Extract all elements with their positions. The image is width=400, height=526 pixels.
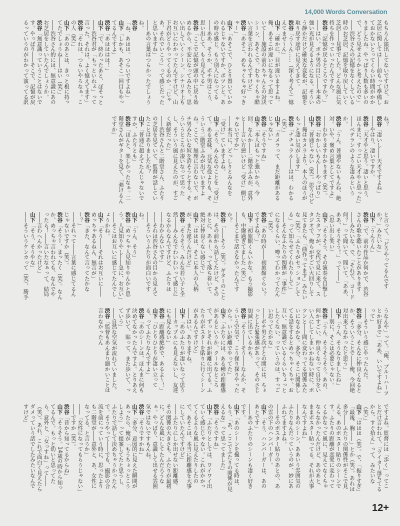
speaker-name: 渋谷 — [261, 212, 267, 223]
dialogue-text: 「うん。そうそうそう。あの、何かすごい、仲良くなって自分をいい人にしてしまいかね… — [267, 308, 327, 393]
dialogue-line: 山下「うんうん」 — [369, 212, 376, 301]
dialogue-line: 山下「あそこで、ひとり置いていかれるじゃないですか、ポツンと。あの時の感じ。もう… — [199, 20, 233, 109]
series-title: 14,000 Words Conversation — [304, 8, 387, 16]
dialogue-text: 「そうですね」 — [261, 127, 267, 164]
dialogue-line: 渋谷「めっちゃ人見知りやんかと思う。人見知りやし――急に、お互い」 — [117, 212, 131, 301]
dialogue-text: ――「女性になってもらうじゃない」――ですか（笑）。 — [70, 404, 83, 491]
dialogue-text: ――そういうケンカって（笑）、勝手なイメージだけども――言葉の論理も、凄いですよ… — [22, 212, 29, 299]
speaker-name: 山下 — [132, 404, 138, 415]
dialogue-text: 「それは、つらいやろなぁ。この人（笑）」 — [70, 20, 83, 105]
dialogue-line: 山下「そう、そうやな」 — [29, 212, 36, 301]
speaker-name: 山下 — [261, 404, 267, 415]
dialogue-line: ――やはり、凄いですか。 — [369, 116, 376, 205]
speaker-name: 渋谷 — [179, 212, 185, 223]
dialogue-line: 山下「しかも、あそこ一回目もやってるんですよ」 — [110, 20, 124, 109]
dialogue-line: 山下「ははは（笑）。で、「振りすぎ」「最後、胸――」とか（笑）。あれは多分――ふ… — [301, 404, 362, 493]
dialogue-line: ――あの言葉はつらかったでしょうね。 — [138, 20, 152, 109]
dialogue-text: ――ポチ男と次子との間には、ちょっとした緊張感があって。そのさじ加減に出ているか… — [247, 308, 267, 393]
speaker-name: 山下 — [118, 20, 124, 31]
dialogue-line: ――本当に、どっしりとみんなを「受け」ていますよね。 — [219, 116, 233, 205]
text-tier-3: と言って、「どうやってるんですか？」みたいな」 山下「うんうん」 渋谷「で、前の… — [22, 212, 389, 301]
speaker-name: 渋谷 — [335, 116, 341, 127]
dialogue-line: ――そこはお互いに感じてたんでしょうかね。 — [104, 212, 118, 301]
dialogue-text: 「あのふたりが凄いなって思う――カップルにも見えないし、友達にも見えない」 — [166, 308, 186, 393]
speaker-name: 渋谷 — [125, 116, 131, 127]
dialogue-line: 山下「そう、みんなのことを「受け」て。ある意味、元気な役よりも、そういう二階堂ふ… — [165, 116, 219, 205]
dialogue-text: ――渋谷さんと二階堂さん、ふたりの芝居を見ていて、監督が話していたことはありまし… — [145, 116, 165, 201]
dialogue-text: 「あそこで、ひとり置いていかれるじゃないですか、ポツンと。あの時の感じ。もう別人… — [199, 20, 232, 105]
dialogue-line: 山下「あのふたりが凄いなって思う――カップルにも見えないし、友達にも見えない」 — [165, 308, 185, 397]
dialogue-line: ――渋谷さんと二階堂さん、ふたりの芝居を見ていて、監督が話していたことはありまし… — [144, 116, 164, 205]
dialogue-line: 山下「ひとりひとりが凄い立ってる、ってふたりなんですよ」 — [144, 308, 158, 397]
speaker-name: 渋谷 — [322, 308, 328, 319]
dialogue-text: ――自然な空気が流れていました。 — [111, 308, 117, 393]
dialogue-text: ――そんなふたりの関係が「事件」になるくらい、噂ってわかってたんで（笑）。 — [267, 212, 287, 297]
dialogue-text: 「普通に超えてたんじゃないですか、ふたりとも」 — [132, 116, 145, 201]
dialogue-text: 「そうそう、その演奏を目撃したスタッフが、交代で見に来て、スタジオで、俺らがすご… — [288, 212, 328, 299]
dialogue-line: 渋谷「――そう（笑）。ギターのことは、その前から話してたけど、そのあとに、あぁ～… — [199, 212, 226, 301]
dialogue-text: 「うんうん」 — [369, 223, 375, 255]
dialogue-line: ――はい、ありますね。 — [185, 308, 192, 397]
dialogue-text: 「無意識っていうことはないです。やっぱり――そこで、記憶が戻るっていうのがわかっ… — [22, 20, 42, 105]
dialogue-line: 渋谷「そうそう、みんな若い子と全然――みんなでわいわいって感じになるからなんです… — [158, 212, 185, 301]
speaker-name: 山下 — [369, 212, 375, 223]
dialogue-text: 「凄いし――天才ですよね」 — [376, 127, 382, 196]
dialogue-line: 渋谷「無意識っていうことはないです。やっぱり――そこで、記憶が戻るっていうのがわ… — [22, 20, 42, 109]
dialogue-line: 渋谷「う～ん……（深く考えて）憶えてませ～ん」 — [280, 20, 294, 109]
dialogue-line: 渋谷「あのシーンは、ほんまに何も決めてなかったんですよ。とりあえず歩いて、貼って… — [117, 308, 144, 397]
dialogue-line: ――自然な空気が流れていました。 — [110, 308, 117, 397]
dialogue-text: ――やはり、凄いですか。 — [369, 116, 375, 180]
speaker-name: 渋谷 — [363, 116, 369, 127]
speaker-name: 渋谷 — [213, 404, 219, 415]
speaker-name: 渋谷 — [288, 20, 294, 31]
speaker-name: 渋谷 — [125, 212, 131, 223]
dialogue-text: 「う～ん……（深く考えて）憶えてませ～ん」 — [281, 20, 294, 105]
dialogue-line: 渋谷「記憶が戻るところですか？」 — [321, 20, 328, 109]
dialogue-text: 「そう、そうやな」 — [30, 223, 36, 271]
speaker-name: 山下 — [220, 308, 226, 319]
dialogue-text: ――はい。ポチ男の目に――本来の強い光が見えるようになる。そういう静かだけど確実… — [295, 20, 321, 105]
dialogue-text: ――あのふたりのシーンも凄く好きです。 — [240, 404, 253, 489]
dialogue-line: ――あのふたりのシーンも凄く好きです。 — [239, 404, 253, 493]
dialogue-text: 「本人はもっと強いから。今回、なんか――二階堂ふみが、意外と――言い方悪いけど「… — [233, 116, 259, 201]
dialogue-line: 渋谷「そうですね」 — [260, 116, 267, 205]
dialogue-line: ――渋谷さんの記憶をなくしている時のお芝居、記憶を取り戻していく芝居――見事でし… — [328, 20, 355, 109]
dialogue-line: ――「女性になってもらうじゃない」――ですか（笑）。 — [70, 404, 84, 493]
speaker-name: 渋谷 — [132, 20, 138, 31]
dialogue-line: 山下「あのあとは、きっと根に持ってたでしょうね――はい（笑）」 — [56, 20, 70, 109]
dialogue-text: 「そうそう、みんな若い子と全然――みんなでわいわいって感じになるからなんですけど… — [159, 212, 185, 297]
dialogue-text: 「ね、あはは。つらいですよね」 — [125, 20, 131, 100]
dialogue-text: （思い出し笑い） — [329, 212, 335, 254]
speaker-name: 山下 — [206, 404, 212, 415]
dialogue-line: と言って、「どうやってるんですか？」みたいな」 — [375, 212, 389, 301]
dialogue-text: 「昔から知ってるからね」 — [64, 415, 70, 479]
dialogue-text: 「めっちゃ人見知りやんかと思う。人見知りやし――急に、お互い」 — [118, 212, 131, 301]
dialogue-text: ――はい、ありますね。 — [186, 308, 192, 366]
speaker-name: 渋谷 — [138, 308, 144, 319]
dialogue-line: 山下「そう――それはお互いに――めっちゃあるねん、無言が」 — [90, 212, 104, 301]
speaker-name: 渋谷 — [104, 308, 110, 319]
dialogue-text: 「ふたりとしては、ワイワイ出ていく感じじゃない。これがかかってくるような風に見え… — [179, 404, 212, 489]
speaker-name: 渋谷 — [356, 308, 362, 319]
dialogue-text: 「記憶が戻るところですか？」 — [322, 31, 328, 105]
dialogue-text: 「うん、そうなりましたね」 — [335, 319, 341, 388]
dialogue-line: 渋谷「きた、なんて言ってたかなー？」 — [76, 212, 90, 301]
dialogue-text: ――それは渋谷さんの目から見えて――そういうふたりが面白いですね。 — [138, 212, 158, 297]
dialogue-line: 山下「うん、そうなりましたね」 — [335, 308, 342, 397]
dialogue-text: 「ナチュラル――はは、わかる（笑）」 — [281, 116, 294, 201]
speaker-name: 渋谷 — [322, 20, 328, 31]
dialogue-line: ――それって――言葉に感じてるんじゃないですか（笑）。 — [63, 212, 77, 301]
dialogue-text: 「で、前の作品か何かで、渋谷さんの歌を聴いたことがあります――みたいな。で、「そ… — [335, 212, 368, 299]
dialogue-text: ――そういう感じやったんだ。 — [363, 308, 369, 382]
dialogue-line: 渋谷「ここで記憶が頭の中に戻り始めるから、不安になってみたり、思い出していくシー… — [151, 20, 199, 109]
dialogue-line: 渋谷「そうですね」 — [212, 404, 219, 493]
dialogue-text: 「多分、そんなに仲良くなるとか、そういうことで――俺、今回絶対出来てなかったと思… — [342, 308, 362, 393]
dialogue-line: 渋谷「あそこ、めちゃくちゃ好っきゃー」 — [233, 20, 247, 109]
speaker-name: 渋谷 — [138, 404, 144, 415]
dialogue-line: 渋谷「そうー、まったく（笑）。なんか、めっちゃ言われても、なんでやったら！――言… — [36, 212, 63, 301]
dialogue-text: 「あそこ、めちゃくちゃ好っきゃー」 — [233, 20, 246, 105]
dialogue-line: ――ベテランのような凄みというか。 — [341, 116, 355, 205]
dialogue-text: ――それって――言葉に感じてるんじゃないですか（笑）。 — [64, 212, 77, 297]
dialogue-text: 「そう――それはお互いに――めっちゃあるねん、無言が」 — [91, 212, 104, 297]
speaker-name: 渋谷 — [363, 212, 369, 223]
speaker-name: 渋谷 — [240, 308, 246, 319]
speaker-name: 渋谷 — [104, 20, 110, 31]
dialogue-line: 山下「初旅館くらいかな。もう撮影も、中盤過ぎてました（笑）」 — [239, 212, 253, 301]
dialogue-text: 「そうですね」 — [213, 415, 219, 452]
dialogue-line: 山下「普通に超えてたんじゃないですか、ふたりとも」 — [131, 116, 145, 205]
dialogue-line: もちろん演出してないですけど、お芝居に関しては――前もって準備しておかないとって… — [355, 20, 389, 109]
speaker-name: 渋谷 — [261, 116, 267, 127]
dialogue-line: 渋谷「で、前の作品か何かで、渋谷さんの歌を聴いたことがあります――みたいな。で、… — [335, 212, 369, 301]
speaker-name: 渋谷 — [288, 116, 294, 127]
dialogue-text: 「あのシーンを撮ってる時は、もう、「あ、ここでふたりの関係が見えるな」って思って… — [220, 404, 240, 491]
dialogue-line: 山下「ふたりとしては、ワイワイ出ていく感じじゃない。これがかかってくるような風に… — [178, 404, 212, 493]
dialogue-line: 山下「本人はもっと強いから。今回、なんか――二階堂ふみが、意外と――言い方悪いけ… — [233, 116, 260, 205]
text-tier-2: ね？ 渋谷「凄いし――天才ですよね」 ――やはり、凄いですか。 渋谷「天才やと思… — [22, 116, 389, 205]
dialogue-text: ――ベテランのような凄みというか。 — [342, 116, 355, 196]
dialogue-text: ね？ — [383, 116, 389, 127]
dialogue-text: 「距離感絶妙で、あるよ～！」 — [159, 319, 165, 393]
speaker-name: 山下 — [274, 116, 280, 127]
dialogue-text: 「カメラって、まだ距離があるじゃない」 — [267, 116, 280, 201]
speaker-name: 山下 — [30, 212, 36, 223]
dialogue-text: 「普通じゃない（笑）。思うけど――俺はカメラより、本人のほうがもっと凄い気がしま… — [295, 116, 315, 203]
dialogue-text: と言って、「どうやってるんですか？」みたいな」 — [376, 212, 389, 289]
dialogue-text: 「あの時が――初旅館ぐらい？ ですよね？」 — [254, 212, 267, 297]
dialogue-text: 「多分、意図的に見えた瞬間があったら、俺が「もうちょっとこうしよう」って提案して… — [84, 404, 138, 489]
dialogue-line: 渋谷「あの時が――初旅館ぐらい？ ですよね？」 — [253, 212, 267, 301]
dialogue-line: 渋谷「うん。そうそうそう。あの、何かすごい、仲良くなって自分をいい人にしてしまい… — [267, 308, 328, 397]
dialogue-text: 「ははは、そこに本人の人柄が、また違うんだけど」 — [186, 212, 199, 292]
speaker-name: 渋谷 — [315, 116, 321, 127]
dialogue-line: ――渋谷さん的には、無意識にあのお芝居をしていたんでしょうか。 — [42, 20, 56, 109]
speaker-name: 山下 — [233, 404, 239, 415]
dialogue-line: 渋谷「ほんと、楽しかったなぁ。二階堂さんがギターを見て、「弾けるんですか」 — [110, 116, 130, 205]
dialogue-text: 「あのあとは、きっと根に持ってたでしょうね――はい（笑）」 — [57, 20, 70, 105]
dialogue-text: 「そう、みんなのことを「受け」て。ある意味、元気な役よりも、そういう二階堂ふみが… — [166, 116, 220, 203]
speaker-name: 山下 — [274, 20, 280, 31]
dialogue-text: 「ここで記憶が頭の中に戻り始めるから、不安になってみたり、思い出していくシーン、… — [152, 20, 199, 105]
speaker-name: 渋谷 — [159, 308, 165, 319]
speaker-name: 山下 — [138, 116, 144, 127]
dialogue-text: ――そこまで話さなかったんですか？ — [227, 212, 240, 292]
dialogue-text: もちろん演出してないですけど、お芝居に関しては――前もって準備しておかないとって… — [356, 20, 389, 105]
dialogue-line: ――ポチ男と次子との間には、ちょっとした緊張感があって。そのさじ加減に出ているか… — [246, 308, 266, 397]
dialogue-text: 「監督もあんまり細かいことは言わなかったん — [98, 308, 111, 393]
dialogue-text: 「あのシーンは、ほんまに何も決めてなかったんですよ。とりあえず歩いて、貼って、ま… — [118, 308, 144, 393]
dialogue-line: ――はい。ポチ男の目に――本来の強い光が見えるようになる。そういう静かだけど確実… — [294, 20, 321, 109]
dialogue-line: 渋谷「監督もあんまり細かいことは言わなかったん — [97, 308, 111, 397]
dialogue-line: 渋谷「ね、あはは。つらいですよね」 — [124, 20, 138, 109]
text-tier-4: うなんや」って。「俺、ブルーハーツとか好きで」「ああ、いいですよね」って」 ――… — [22, 308, 389, 397]
dialogue-line: 山下「そうそう、その演奏を目撃したスタッフが、交代で見に来て、スタジオで、俺らが… — [287, 212, 328, 301]
dialogue-line: ――そういうケンカって（笑）、勝手なイメージだけども――言葉の論理も、凄いですよ… — [22, 212, 29, 301]
dialogue-line: 山下「そう、ハンバーガーは、あのあとです」 — [253, 404, 267, 493]
dialogue-line: 渋谷「距離感絶妙で、あるよ～！」 — [158, 308, 165, 397]
speaker-name: 山下 — [247, 212, 253, 223]
dialogue-line: 山下「あのシーンを撮ってる時は、もう、「あ、ここでふたりの関係が見えるな」って思… — [219, 404, 239, 493]
dialogue-line: 山下「普通じゃない（笑）。思うけど――俺はカメラより、本人のほうがもっと凄い気が… — [294, 116, 314, 205]
dialogue-text: ――そこはお互いに感じてたんでしょうかね。 — [104, 212, 117, 297]
speaker-name: 山下 — [356, 404, 362, 415]
text-tier-5: ですよね。監督には「歩く」ってことだけ言われて、「ライター落ちてるから、すぐ拾え… — [22, 404, 389, 493]
dialogue-line: ――それは渋谷さんの目から見えて――そういうふたりが面白いですね。 — [138, 212, 158, 301]
speaker-name: 山下 — [57, 404, 63, 415]
dialogue-line: 渋谷「そうですかね」 — [138, 404, 145, 493]
dialogue-text: ――渋谷さんの記憶をなくしている時のお芝居、記憶を取り戻していく芝居――見事でし… — [329, 20, 355, 105]
speaker-name: 山下 — [98, 212, 104, 223]
speaker-name: 山下 — [322, 212, 328, 223]
speaker-name: 渋谷 — [220, 212, 226, 223]
dialogue-line: 渋谷「うん。普通やないもんね、絶対。いや、褒め言葉としてですよ」 — [328, 116, 342, 205]
dialogue-line: ――あのシーン、ああいう雰囲気のふたりなんだっていうのが、妙にあふれてますよね。 — [280, 404, 300, 493]
dialogue-line: ですよね。監督には「歩く」ってことだけ言われて、「ライター落ちてるから、すぐ拾え… — [362, 404, 389, 493]
dialogue-text: ――渋谷さん的には、無意識にあのお芝居をしていたんでしょうか。 — [43, 20, 56, 105]
dialogue-text: 「確かに、目が違いますよね。俺、あそこが違いになるって思っていて――施設の前のち… — [247, 20, 280, 105]
speaker-name: 山下 — [179, 308, 185, 319]
dialogue-text: ――ふたりにしか出せない距離感。その関係の大きさも、ふたりが最初に、どんな風にし… — [145, 404, 178, 489]
dialogue-line: ――そんなふたりの関係が「事件」になるくらい、噂ってわかってたんで（笑）。 — [267, 212, 287, 301]
dialogue-text: 「初旅館くらいかな。もう撮影も、中盤過ぎてました（笑）」 — [240, 212, 253, 297]
speaker-name: 山下 — [254, 116, 260, 127]
dialogue-line: 渋谷「凄いし――天才ですよね」 — [375, 116, 382, 205]
dialogue-line: 山下「で、終わったあと、ぼそっと――渋谷君が「もっといれぇ」って言った。それは、… — [83, 20, 103, 109]
speaker-name: 渋谷 — [84, 212, 90, 223]
dialogue-line: うなんや」って。「俺、ブルーハーツとか好きで」「ああ、いいですよね」って」 — [369, 308, 389, 397]
dialogue-line: ね？ — [382, 116, 389, 205]
dialogue-text: ですよね。監督には「歩く」ってことだけ言われて、「ライター落ちてるから、すぐ拾え… — [363, 404, 389, 491]
dialogue-text: 「おかしいもん――やっぱり」 — [315, 127, 321, 201]
dialogue-text: うなんや」って。「俺、ブルーハーツとか好きで」「ああ、いいですよね」って」 — [369, 308, 389, 395]
dialogue-text: ――別に、そこは必要じゃない。 — [329, 308, 335, 388]
speaker-name: 山下 — [213, 116, 219, 127]
text-tier-1: もちろん演出してないですけど、お芝居に関しては――前もって準備しておかないとって… — [22, 20, 389, 109]
dialogue-text: 「ほんと、楽しかったなぁ。二階堂さんがギターを見て、「弾けるんですか」 — [111, 116, 131, 203]
dialogue-line: 渋谷「それは、つらいやろなぁ。この人（笑）」 — [70, 20, 84, 109]
dialogue-line: ――わかりますわかります（笑）。 — [321, 116, 328, 205]
dialogue-line: 渋谷「ナチュラル――はは、わかる（笑）」 — [280, 116, 294, 205]
dialogue-line: 渋谷「そう――そう――なんか、そういう空気で、こう探り探りやったから。いい距離で… — [226, 308, 246, 397]
speaker-name: 山下 — [227, 20, 233, 31]
dialogue-line: 渋谷「多分、そんなに仲良くなるとか、そういうことで――俺、今回絶対出来てなかった… — [341, 308, 361, 397]
dialogue-line: 渋谷「おかしいもん――やっぱり」 — [314, 116, 321, 205]
dialogue-line: 山下「ふたりには、ある種の距離感があるというか、クールなところで、ずっとそれが距… — [192, 308, 226, 397]
dialogue-text: 「そう、ハンバーガーは、あのあとです」 — [254, 404, 267, 489]
speaker-name: 渋谷 — [77, 20, 83, 31]
dialogue-line: ――ふたりにしか出せない距離感。その関係の大きさも、ふたりが最初に、どんな風にし… — [144, 404, 178, 493]
dialogue-line: 渋谷「昔から知ってるからね」 — [63, 404, 70, 493]
dialogue-text: 「ひとりひとりが凄い立ってる、ってふたりなんですよ」 — [145, 308, 158, 388]
dialogue-line: 山下「そうそう。14歳の時から知ってるんで。もっと幼いと思ってたら、意外と、「女… — [22, 404, 63, 493]
dialogue-text: ――そのポスター貼りのあとの、あの雲の下のハンバーガー。 — [267, 404, 280, 489]
speaker-name: 渋谷 — [57, 212, 63, 223]
dialogue-line: （思い出し笑い） — [328, 212, 335, 301]
dialogue-text: 「しかも、あそこ一回目もやってるんですよ」 — [111, 20, 124, 105]
dialogue-line: 渋谷「あはははは！」 — [104, 20, 111, 109]
speaker-name: 渋谷 — [376, 116, 382, 127]
dialogue-text: 「ふたりには、ある種の距離感があるというか、クールなところで、ずっとそれが距離に… — [193, 308, 226, 393]
dialogue-text: ――本当に、どっしりとみんなを「受け」ていますよね。 — [220, 116, 233, 196]
dialogue-line: ――別に、そこは必要じゃない。 — [328, 308, 335, 397]
dialogue-text: ――あの言葉はつらかったでしょうね。 — [138, 20, 151, 105]
dialogue-line: 山下「多分、意図的に見えた瞬間があったら、俺が「もうちょっとこうしよう」って提案… — [83, 404, 137, 493]
dialogue-text: 「天才やと思う。凄いと思う、ほんまに。すっごい天才やと思った」 — [356, 116, 369, 205]
speaker-name: 渋谷 — [36, 20, 42, 31]
dialogue-text: 「あはははは！」 — [104, 31, 110, 73]
speaker-name: 渋谷 — [193, 20, 199, 31]
dialogue-text: 「うん。普通やないもんね、絶対。いや、褒め言葉としてですよ」 — [329, 116, 342, 201]
dialogue-text: 「――そう（笑）。ギターのことは、その前から話してたけど、そのあとに、あぁ～、っ… — [199, 212, 225, 299]
dialogue-line: 渋谷「天才やと思う。凄いと思う、ほんまに。すっごい天才やと思った」 — [355, 116, 369, 205]
dialogue-line: ――そこまで話さなかったんですか？ — [226, 212, 240, 301]
speaker-name: 渋谷 — [240, 20, 246, 31]
dialogue-line: 山下「確かに、目が違いますよね。俺、あそこが違いになるって思っていて――施設の前… — [246, 20, 280, 109]
dialogue-text: ――あのシーン、ああいう雰囲気のふたりなんだっていうのが、妙にあふれてますよね。 — [281, 404, 301, 489]
speaker-name: 渋谷 — [64, 404, 70, 415]
dialogue-line: ――そういう感じやったんだ。 — [362, 308, 369, 397]
dialogue-line: 山下「カメラって、まだ距離があるじゃない」 — [267, 116, 281, 205]
dialogue-text: 「そうですかね」 — [138, 415, 144, 457]
dialogue-text: 「そうそう。14歳の時から知ってるんで。もっと幼いと思ってたら、意外と、「女っす… — [23, 404, 63, 491]
speaker-name: 山下 — [308, 116, 314, 127]
dialogue-text: 「うん、そう」 — [132, 223, 138, 260]
speaker-name: 山下 — [152, 308, 158, 319]
dialogue-text: 「で、終わったあと、ぼそっと――渋谷君が「もっといれぇ」って言った。それは、よく… — [84, 20, 104, 105]
dialogue-line: 山下「うん、そう」 — [131, 212, 138, 301]
page-number: 12+ — [372, 503, 389, 514]
dialogue-line: ――そのポスター貼りのあとの、あの雲の下のハンバーガー。 — [267, 404, 281, 493]
dialogue-text: 「きた、なんて言ってたかなー？」 — [77, 212, 90, 292]
dialogue-line: 山下「ははは、そこに本人の人柄が、また違うんだけど」 — [185, 212, 199, 301]
speaker-name: 山下 — [98, 20, 104, 31]
dialogue-text: ――わかりますわかります（笑）。 — [322, 116, 328, 198]
dialogue-text: 「そう――そう――なんか、そういう空気で、こう探り探りやったから。いい距離でやっ… — [227, 308, 247, 393]
speaker-name: 山下 — [64, 20, 70, 31]
dialogue-text: 「ははは（笑）。で、「振りすぎ」「最後、胸――」とか（笑）。あれは多分――ふたり… — [301, 404, 361, 491]
speaker-name: 山下 — [335, 308, 341, 319]
dialogue-text: 「そうー、まったく（笑）。なんか、めっちゃ言われても、なんでやったら！――言いた… — [36, 212, 62, 299]
speaker-name: 山下 — [193, 212, 199, 223]
speaker-name: 山下 — [132, 212, 138, 223]
